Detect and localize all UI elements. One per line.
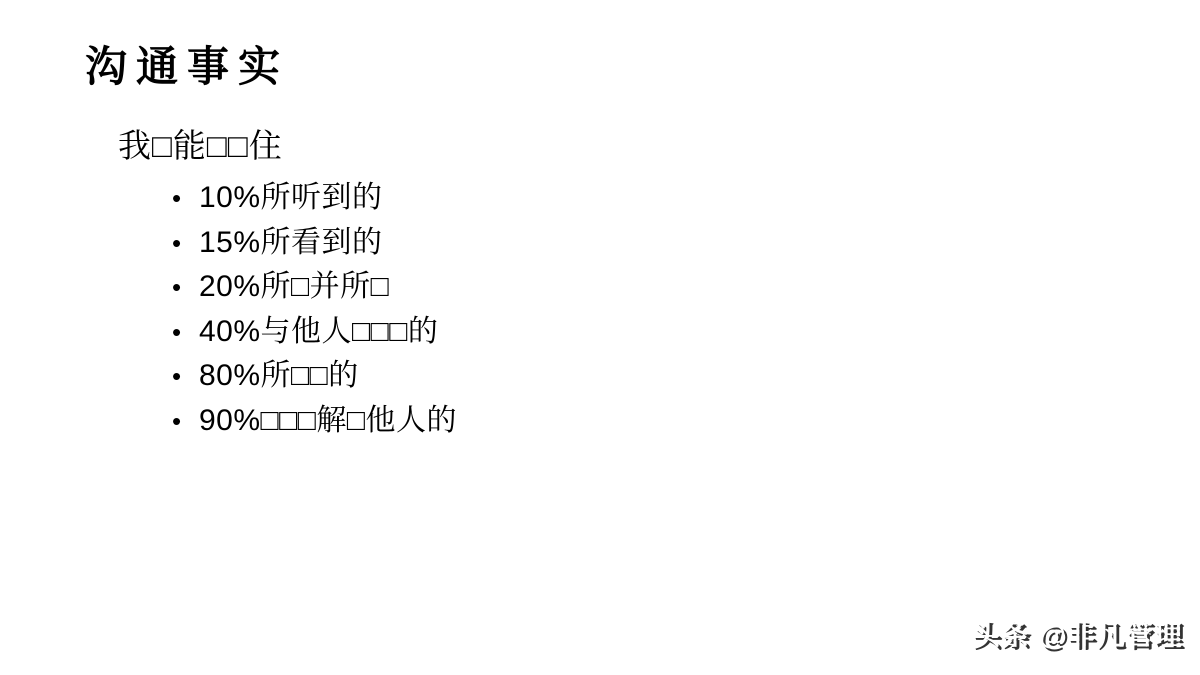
presentation-slide: 沟通事实 我□能□□住 • 10%所听到的 • 15%所看到的 • 20%所□并… [0,0,1200,675]
bullet-text: 80%所□□的 [199,354,359,398]
bullet-list: • 10%所听到的 • 15%所看到的 • 20%所□并所□ • 40%与他人□… [172,176,457,443]
bullet-text: 40%与他人□□□的 [199,310,438,354]
bullet-marker-icon: • [172,400,190,444]
bullet-text: 90%□□□解□他人的 [199,399,457,443]
bullet-text: 20%所□并所□ [199,265,389,309]
bullet-marker-icon: • [172,222,190,266]
watermark: 头条 @非凡管理头条 @非凡管理 [975,621,1186,655]
bullet-item: • 10%所听到的 [172,176,457,221]
bullet-item: • 15%所看到的 [172,221,457,266]
watermark-highlight-text: 头条 @非凡管理 [972,618,1183,652]
slide-subtitle: 我□能□□住 [118,120,283,167]
bullet-item: • 20%所□并所□ [172,265,457,310]
watermark-shadow-text: 头条 @非凡管理头条 @非凡管理 [975,621,1186,655]
bullet-marker-icon: • [172,177,190,221]
bullet-marker-icon: • [172,355,190,399]
bullet-marker-icon: • [172,266,190,310]
bullet-item: • 40%与他人□□□的 [172,310,457,355]
bullet-text: 15%所看到的 [199,221,383,265]
bullet-text: 10%所听到的 [199,176,383,220]
slide-title: 沟通事实 [85,42,289,92]
bullet-item: • 80%所□□的 [172,354,457,399]
bullet-marker-icon: • [172,311,190,355]
bullet-item: • 90%□□□解□他人的 [172,399,457,444]
